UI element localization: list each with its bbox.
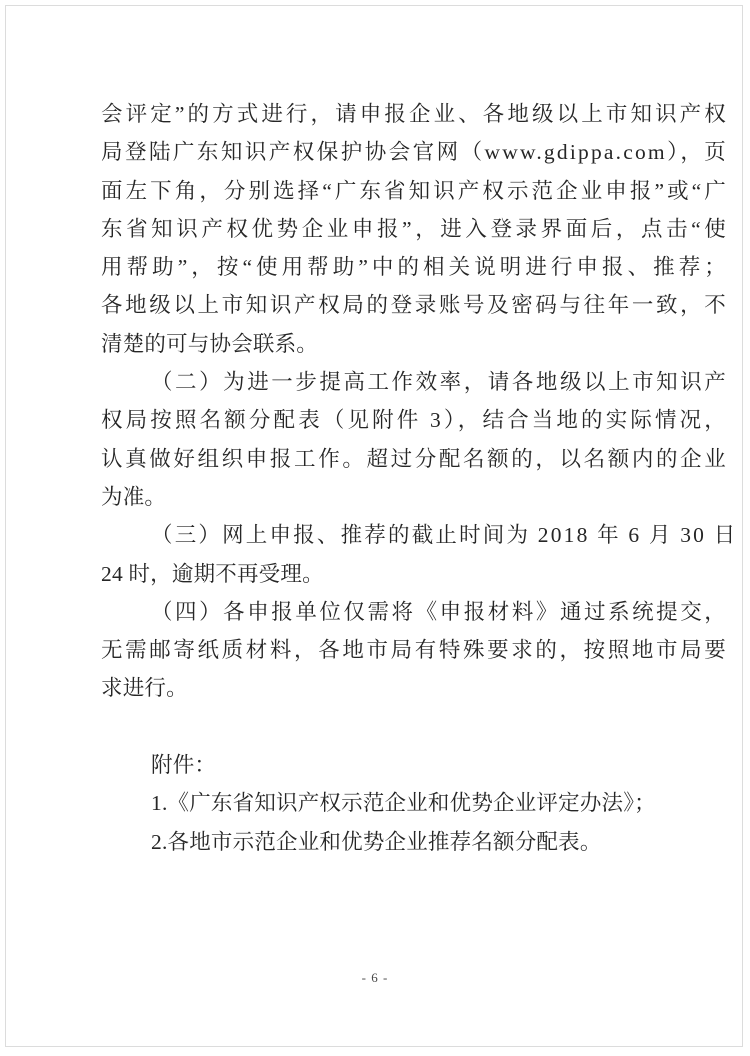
- text-line: 附件：: [101, 746, 728, 784]
- text-line: 各地级以上市知识产权局的登录账号及密码与往年一致，不: [101, 286, 728, 324]
- text-line: （四）各申报单位仅需将《申报材料》通过系统提交，: [101, 593, 728, 631]
- text-line: 24 时，逾期不再受理。: [101, 555, 728, 593]
- text-line: 求进行。: [101, 669, 728, 707]
- text-line: 会评定”的方式进行，请申报企业、各地级以上市知识产权: [101, 95, 728, 133]
- text-line: 清楚的可与协会联系。: [101, 325, 728, 363]
- text-line: 1.《广东省知识产权示范企业和优势企业评定办法》；: [101, 784, 728, 822]
- text-line: 认真做好组织申报工作。超过分配名额的，以名额内的企业: [101, 440, 728, 478]
- page-number: - 6 -: [362, 970, 389, 985]
- page-footer: - 6 -: [0, 970, 750, 986]
- text-line: 用帮助”，按“使用帮助”中的相关说明进行申报、推荐；: [101, 248, 728, 286]
- text-line: 东省知识产权优势企业申报”，进入登录界面后，点击“使: [101, 210, 728, 248]
- text-line: 面左下角，分别选择“广东省知识产权示范企业申报”或“广: [101, 172, 728, 210]
- text-line: 为准。: [101, 478, 728, 516]
- text-line: 权局按照名额分配表（见附件 3），结合当地的实际情况，: [101, 401, 728, 439]
- document-body: 会评定”的方式进行，请申报企业、各地级以上市知识产权局登陆广东知识产权保护协会官…: [101, 95, 728, 861]
- text-line: 无需邮寄纸质材料，各地市局有特殊要求的，按照地市局要: [101, 631, 728, 669]
- text-line: 局登陆广东知识产权保护协会官网（www.gdippa.com），页: [101, 133, 728, 171]
- text-line: （二）为进一步提高工作效率，请各地级以上市知识产: [101, 363, 728, 401]
- blank-line: [101, 708, 728, 746]
- text-line: 2.各地市示范企业和优势企业推荐名额分配表。: [101, 823, 728, 861]
- text-line: （三）网上申报、推荐的截止时间为 2018 年 6 月 30 日: [101, 516, 728, 554]
